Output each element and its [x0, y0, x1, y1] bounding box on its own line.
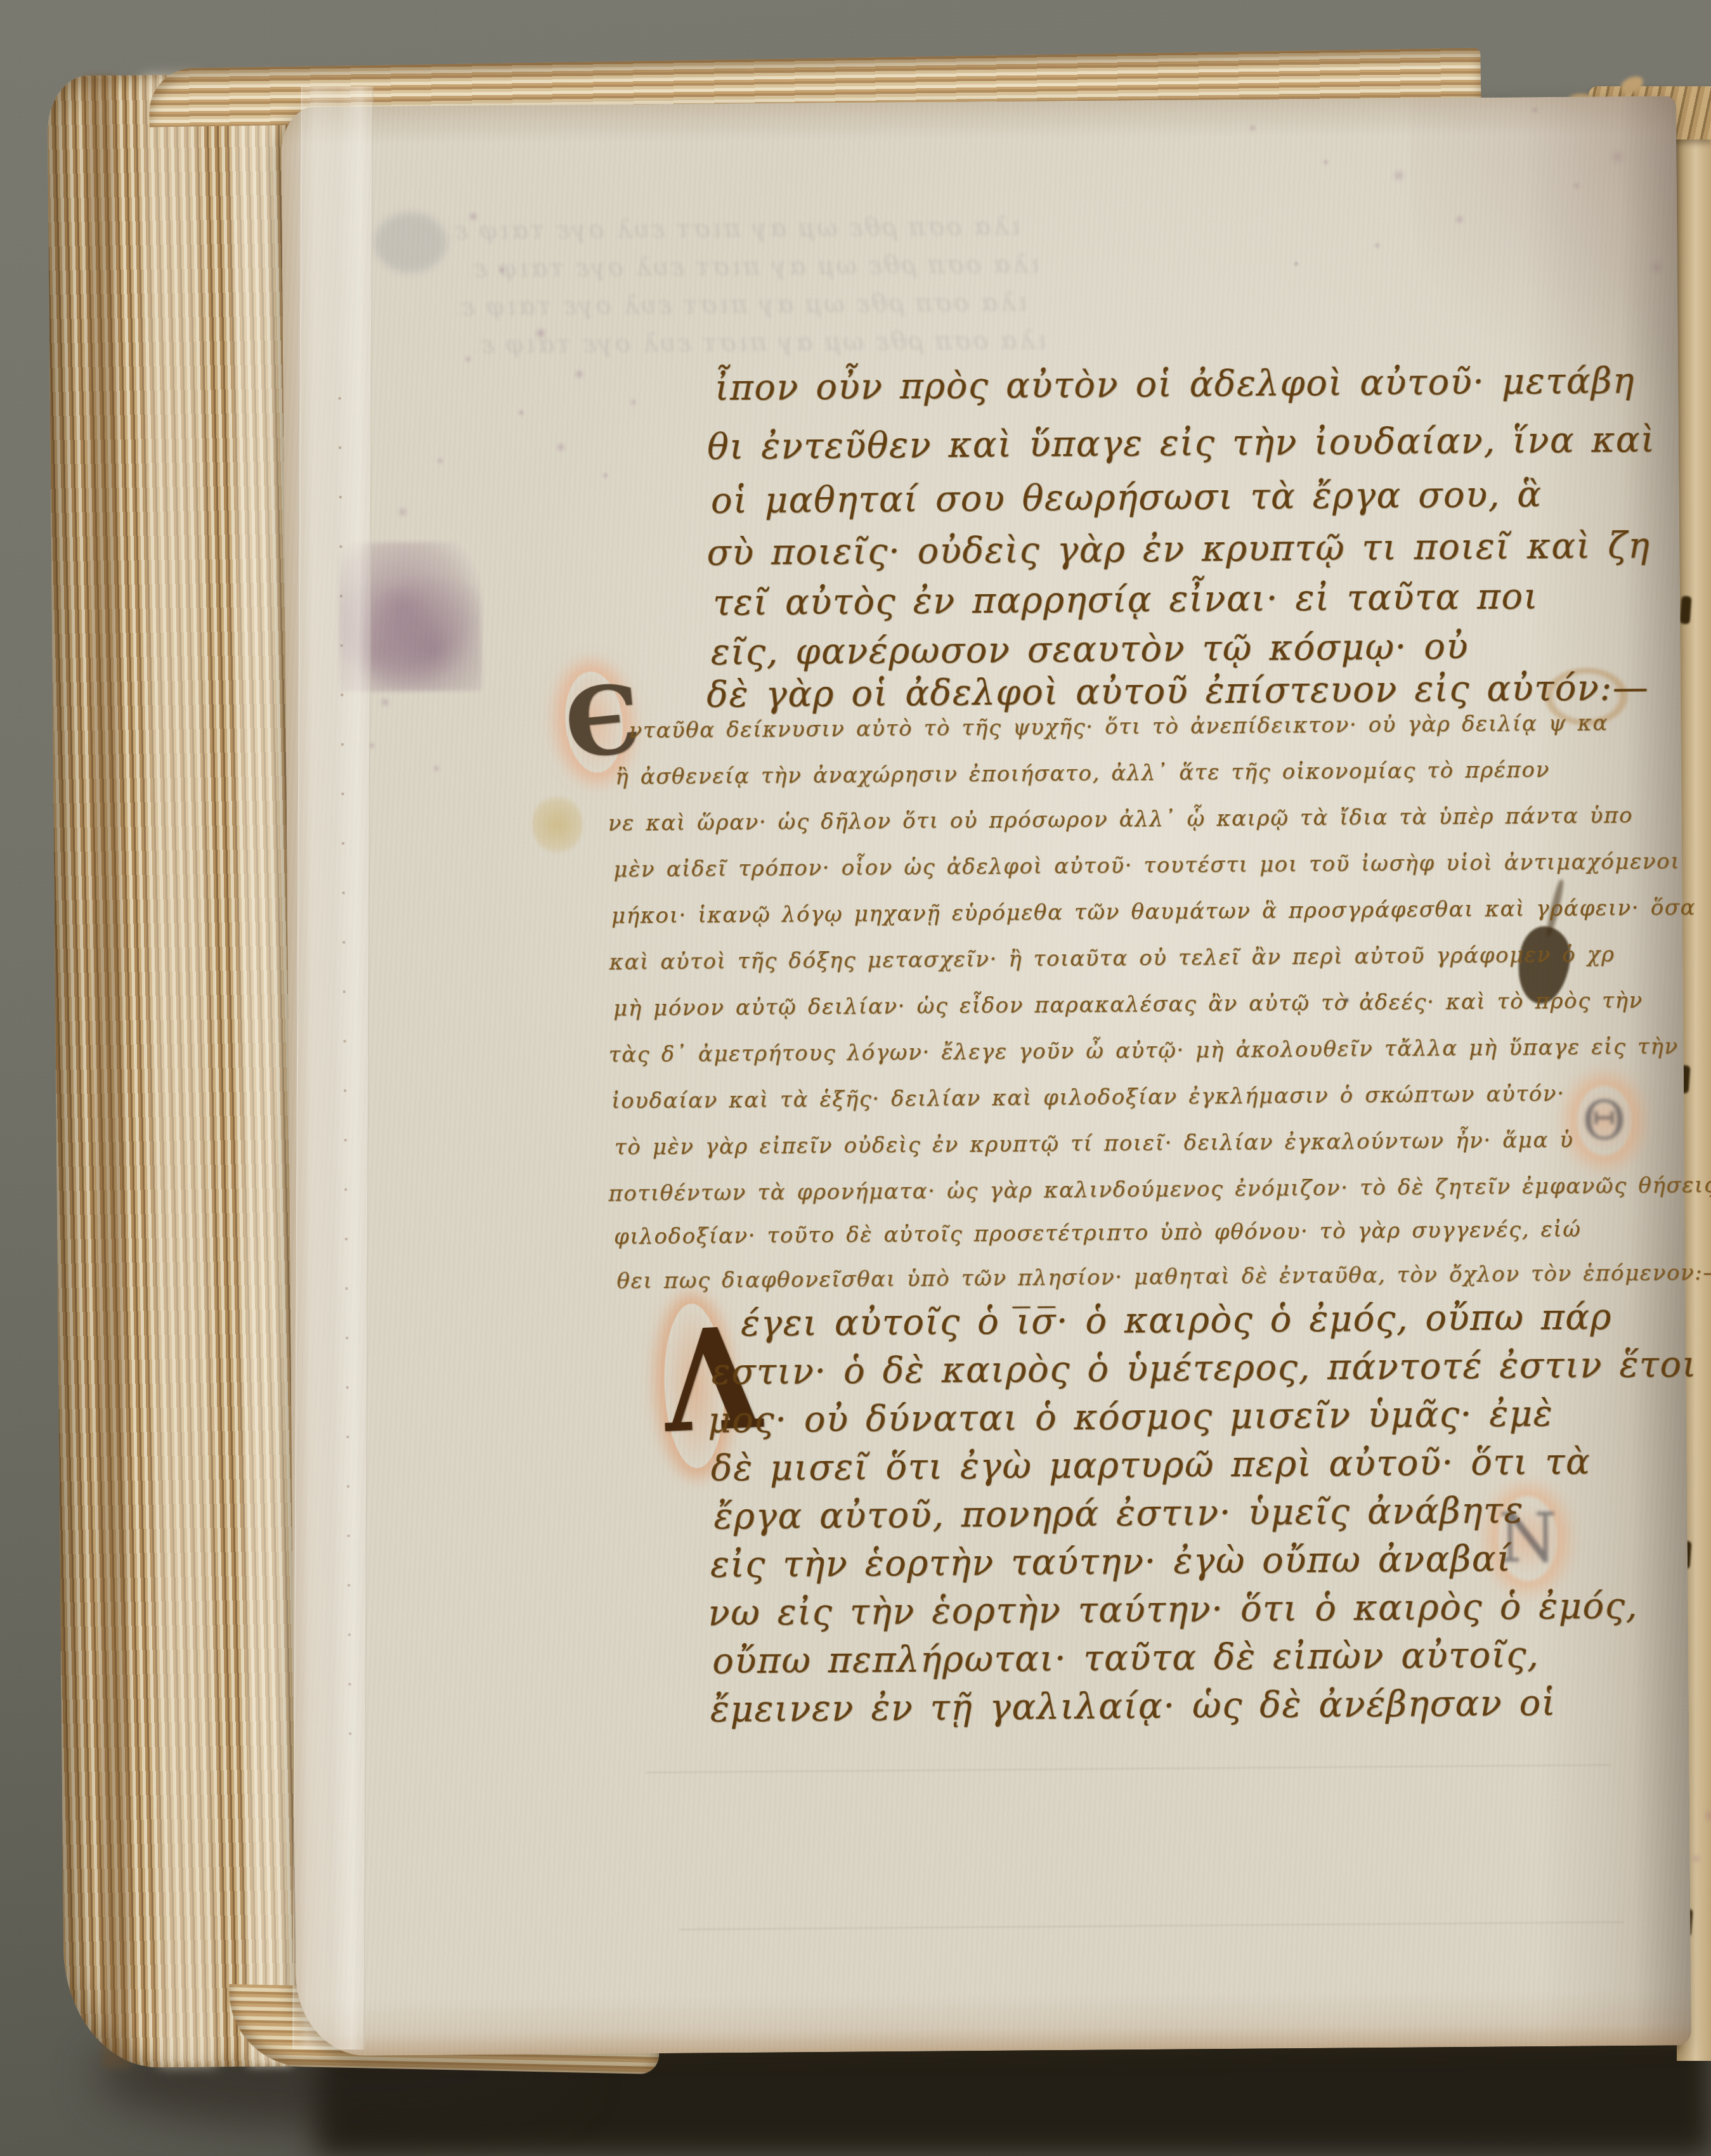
commentary-line: φιλοδοξίαν· τοῦτο δὲ αὐτοῖς προσετέτριπτ… — [614, 1217, 1582, 1250]
gospel-line: τεῖ αὐτὸς ἐν παρρησίᾳ εἶναι· εἰ ταῦτα πο… — [713, 576, 1539, 623]
gospel-line: δὲ μισεῖ ὅτι ἐγὼ μαρτυρῶ περὶ αὐτοῦ· ὅτι… — [711, 1441, 1591, 1490]
gospel-line: σὺ ποιεῖς· οὐδεὶς γὰρ ἐν κρυπτῷ τι ποιεῖ… — [706, 525, 1650, 574]
gospel-line: εἰς τὴν ἑορτὴν ταύτην· ἐγὼ οὔπω ἀναβαί — [710, 1538, 1512, 1586]
fore-edge-leaf-stack — [47, 74, 313, 2068]
commentary-line: νε καὶ ὥραν· ὡς δῆλον ὅτι οὐ πρόσωρον ἀλ… — [608, 803, 1634, 836]
commentary-line: ἰουδαίαν καὶ τὰ ἑξῆς· δειλίαν καὶ φιλοδο… — [611, 1081, 1565, 1114]
commentary-line: τὰς δ᾽ ἀμετρήτους λόγων· ἔλεγε γοῦν ὦ αὐ… — [609, 1034, 1679, 1067]
commentary-line: ποτιθέντων τὰ φρονήματα· ὡς γὰρ καλινδού… — [608, 1172, 1711, 1207]
bleedthrough-text: ιλα οσπ ρθε ωμ αγ πιστ ευλ ογε ταιφ ενο … — [476, 325, 1047, 359]
offset-initial-mark: Θ — [1577, 1086, 1632, 1156]
gospel-line: εστιν· ὁ δὲ καιρὸς ὁ ὑμέτερος, πάντοτέ ἐ… — [711, 1344, 1697, 1393]
commentary-line: μὲν αἰδεῖ τρόπον· οἷον ὡς ἀδελφοὶ αὐτοῦ·… — [613, 848, 1680, 882]
conservation-tape-strip — [292, 86, 374, 2049]
gospel-line: οὔπω πεπλήρωται· ταῦτα δὲ εἰπὼν αὐτοῖς, — [712, 1634, 1540, 1682]
commentary-line: μήκοι· ἱκανῷ λόγῳ μηχανῇ εὑρόμεθα τῶν θα… — [611, 895, 1696, 928]
gospel-line: θι ἐντεῦθεν καὶ ὕπαγε εἰς τὴν ἰουδαίαν, … — [707, 419, 1656, 468]
manuscript-photo: { "colors": { "background_top": "#7a7970… — [0, 0, 1711, 2156]
commentary-line: ἢ ἀσθενείᾳ τὴν ἀναχώρησιν ἐποιήσατο, ἀλλ… — [615, 757, 1550, 790]
ruling-score-line — [646, 1764, 1610, 1773]
commentary-line: θει πως διαφθονεῖσθαι ὑπὸ τῶν πλησίον· μ… — [616, 1260, 1711, 1294]
gospel-line: οἱ μαθηταί σου θεωρήσωσι τὰ ἔργα σου, ἃ — [711, 474, 1542, 521]
ruling-score-line — [679, 1921, 1624, 1930]
wax-stain — [531, 793, 583, 856]
commentary-line: μὴ μόνον αὐτῷ δειλίαν· ὡς εἶδον παρακαλέ… — [613, 988, 1643, 1022]
gospel-line: έγει αὐτοῖς ὁ ι̅σ̅· ὁ καιρὸς ὁ ἐμός, οὔπ… — [741, 1296, 1612, 1344]
bleedthrough-text: ιλα οσπ ρθε ωμ αγ πιστ ευλ ογε ταιφ ενο … — [457, 287, 1027, 321]
bleedthrough-text: ιλα οσπ ρθε ωμ αγ πιστ ευλ ογε ταιφ ενο … — [450, 212, 1020, 245]
gospel-line: ἔμεινεν ἐν τῇ γαλιλαίᾳ· ὡς δὲ ἀνέβησαν ο… — [710, 1682, 1557, 1730]
gospel-line: μος· οὐ δύναται ὁ κόσμος μισεῖν ὑμᾶς· ἐμ… — [708, 1393, 1553, 1441]
gospel-line: ἔργα αὐτοῦ, πονηρά ἐστιν· ὑμεῖς ἀνάβητε — [713, 1490, 1524, 1537]
bleedthrough-text: ιλα οσπ ρθε ωμ αγ πιστ ευλ ογε ταιφ ενο … — [469, 249, 1040, 283]
mold-speckles — [281, 107, 283, 110]
gospel-line: νω εἰς τὴν ἑορτὴν ταύτην· ὅτι ὁ καιρὸς ὁ… — [708, 1585, 1638, 1634]
decorated-initial-epsilon: Є — [561, 669, 627, 776]
commentary-line: νταῦθα δείκνυσιν αὐτὸ τὸ τῆς ψυχῆς· ὅτι … — [629, 710, 1609, 743]
commentary-line: καὶ αὐτοὶ τῆς δόξης μετασχεῖν· ἢ τοιαῦτα… — [609, 942, 1615, 975]
parchment-page: ιλα οσπ ρθε ωμ αγ πιστ ευλ ογε ταιφ ενο … — [281, 96, 1691, 2056]
leaf-stack-shade — [85, 75, 131, 2068]
leaf-stack-highlight — [142, 75, 216, 2068]
gospel-line: εῖς, φανέρωσον σεαυτὸν τῷ κόσμῳ· οὐ — [710, 626, 1469, 673]
gray-smudge-stain — [374, 212, 447, 273]
sewing-station-notch — [1679, 595, 1691, 624]
gospel-line: ἶπον οὖν πρὸς αὐτὸν οἱ ἀδελφοὶ αὐτοῦ· με… — [715, 360, 1635, 408]
commentary-line: τὸ μὲν γὰρ εἰπεῖν οὐδεὶς ἐν κρυπτῷ τί πο… — [615, 1127, 1574, 1160]
gospel-line: δὲ γὰρ οἱ ἀδελφοὶ αὐτοῦ ἐπίστευον εἰς αὐ… — [706, 667, 1649, 716]
